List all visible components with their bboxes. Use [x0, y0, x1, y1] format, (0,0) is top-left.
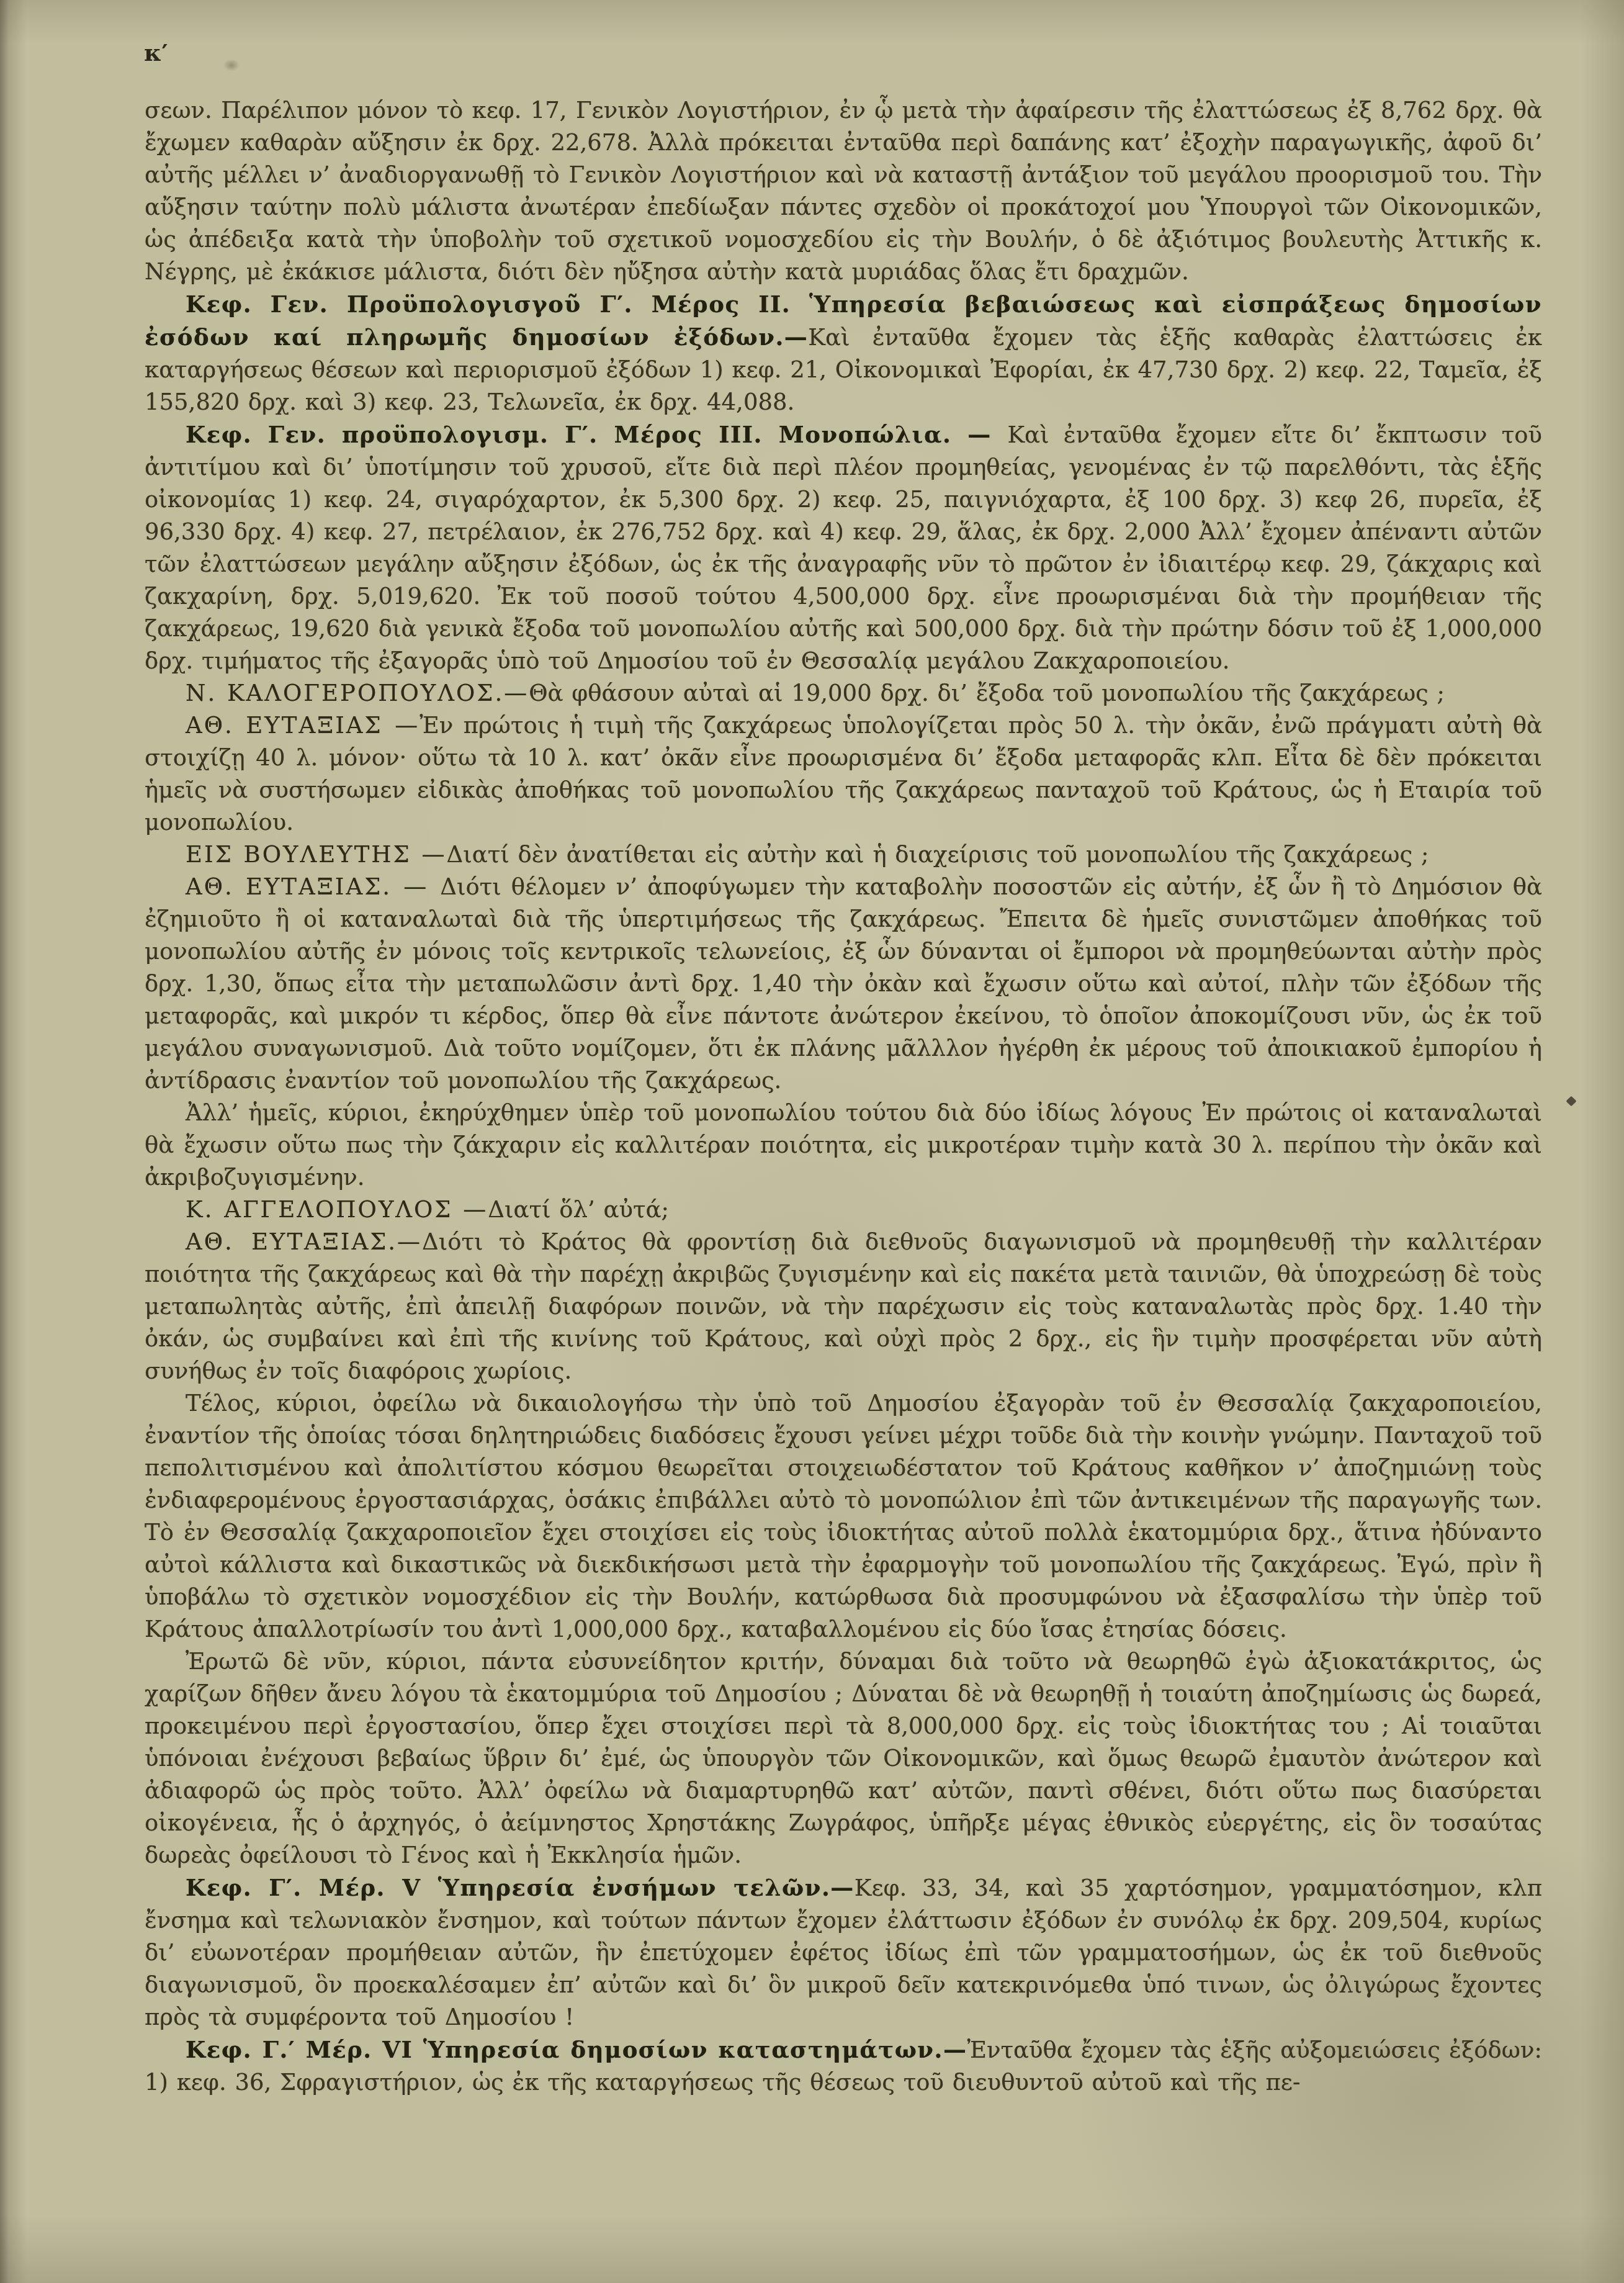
paragraph-text: Ἐρωτῶ δὲ νῦν, κύριοι, πάντα εὐσυνείδητον…	[145, 1648, 1542, 1868]
paragraph: Ν. ΚΑΛΟΓΕΡΟΠΟΥΛΟΣ.—Θὰ φθάσουν αὐταὶ αἱ 1…	[145, 677, 1542, 709]
speaker-name: ΑΘ. ΕΥΤΑΞΙΑΣ.—	[186, 1228, 422, 1255]
ink-mark	[1566, 1096, 1577, 1107]
paragraph-text: Ἀλλ’ ἡμεῖς, κύριοι, ἐκηρύχθημεν ὑπὲρ τοῦ…	[145, 1099, 1542, 1191]
section-heading: Κεφ. Γ′. Μέρ. V Ὑπηρεσία ἐνσήμων τελῶν.—	[186, 1874, 855, 1901]
section-heading: Κεφ. Γεν. προϋπολογισμ. Γ′. Μέρος III. Μ…	[186, 421, 1007, 448]
speaker-name: Κ. ΑΓΓΕΛΟΠΟΥΛΟΣ —	[186, 1196, 488, 1223]
paragraph-text: Θὰ φθάσουν αὐταὶ αἱ 19,000 δρχ. δι’ ἔξοδ…	[529, 680, 1445, 706]
paragraph-text: Διατί ὅλ’ αὐτά;	[488, 1196, 669, 1223]
speaker-name: Ν. ΚΑΛΟΓΕΡΟΠΟΥΛΟΣ.—	[186, 680, 529, 706]
paragraph: Κ. ΑΓΓΕΛΟΠΟΥΛΟΣ —Διατί ὅλ’ αὐτά;	[145, 1194, 1542, 1226]
paragraph: σεων. Παρέλιπον μόνον τὸ κεφ. 17, Γενικὸ…	[145, 94, 1542, 288]
speaker-name: ΕΙΣ ΒΟΥΛΕΥΤΗΣ —	[186, 841, 447, 868]
paragraph-text: σεων. Παρέλιπον μόνον τὸ κεφ. 17, Γενικὸ…	[145, 97, 1542, 285]
paragraph-text: Διότι θέλομεν ν’ ἀποφύγωμεν τὴν καταβολὴ…	[145, 873, 1542, 1094]
paragraph: ΕΙΣ ΒΟΥΛΕΥΤΗΣ —Διατί δὲν ἀνατίθεται εἰς …	[145, 839, 1542, 871]
paragraph-text: Διατί δὲν ἀνατίθεται εἰς αὐτὴν καὶ ἡ δια…	[447, 841, 1429, 868]
paragraph: Τέλος, κύριοι, ὀφείλω νὰ δικαιολογήσω τὴ…	[145, 1387, 1542, 1646]
document-text-block: σεων. Παρέλιπον μόνον τὸ κεφ. 17, Γενικὸ…	[145, 94, 1542, 2099]
scanned-document-page: κ′ σεων. Παρέλιπον μόνον τὸ κεφ. 17, Γεν…	[0, 0, 1624, 2283]
paragraph: Ἐρωτῶ δὲ νῦν, κύριοι, πάντα εὐσυνείδητον…	[145, 1646, 1542, 1871]
speaker-name: ΑΘ. ΕΥΤΑΞΙΑΣ —	[186, 712, 419, 739]
page-number: κ′	[144, 38, 168, 66]
paragraph-text: Καὶ ἐνταῦθα ἔχομεν εἴτε δι’ ἔκπτωσιν τοῦ…	[145, 421, 1542, 674]
paragraph: Κεφ. Γ′. Μέρ. V Ὑπηρεσία ἐνσήμων τελῶν.—…	[145, 1871, 1542, 2033]
paper-smudge	[223, 59, 240, 71]
paragraph: ΑΘ. ΕΥΤΑΞΙΑΣ —Ἐν πρώτοις ἡ τιμὴ τῆς ζακχ…	[145, 709, 1542, 839]
paragraph: Κεφ. Γεν. Προϋπολογισγοῦ Γ′. Μέρος II. Ὑ…	[145, 288, 1542, 418]
paragraph: Ἀλλ’ ἡμεῖς, κύριοι, ἐκηρύχθημεν ὑπὲρ τοῦ…	[145, 1097, 1542, 1194]
section-heading: Κεφ. Γ.′ Μέρ. VI Ὑπηρεσία δημοσίων κατασ…	[186, 2036, 967, 2063]
paragraph: Κεφ. Γεν. προϋπολογισμ. Γ′. Μέρος III. Μ…	[145, 418, 1542, 677]
paragraph: Κεφ. Γ.′ Μέρ. VI Ὑπηρεσία δημοσίων κατασ…	[145, 2033, 1542, 2099]
paragraph: ΑΘ. ΕΥΤΑΞΙΑΣ. — Διότι θέλομεν ν’ ἀποφύγω…	[145, 871, 1542, 1097]
paragraph-text: Τέλος, κύριοι, ὀφείλω νὰ δικαιολογήσω τὴ…	[145, 1390, 1542, 1642]
speaker-name: ΑΘ. ΕΥΤΑΞΙΑΣ. —	[186, 873, 440, 900]
paragraph: ΑΘ. ΕΥΤΑΞΙΑΣ.—Διότι τὸ Κράτος θὰ φροντίσ…	[145, 1226, 1542, 1387]
